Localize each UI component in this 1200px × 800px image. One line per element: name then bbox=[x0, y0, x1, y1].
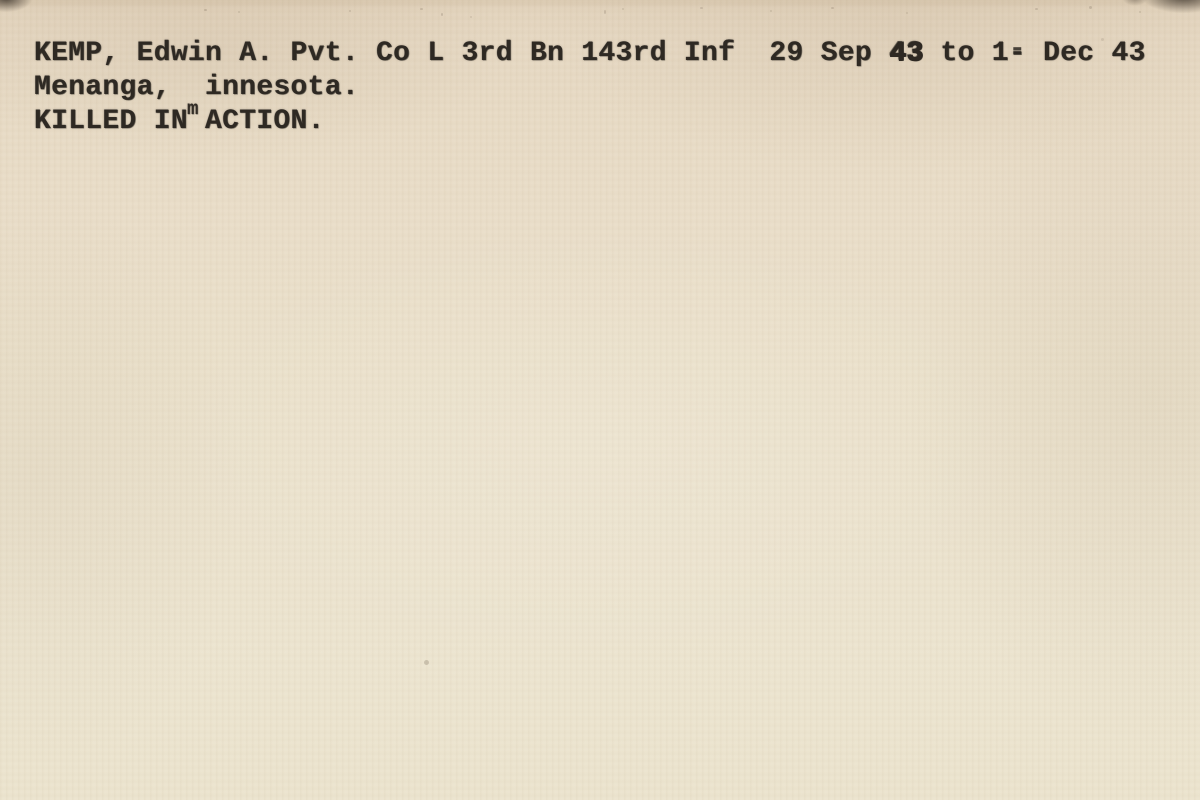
typed-text-block: KEMP, Edwin A. Pvt. Co L 3rd Bn 143rd In… bbox=[34, 37, 1146, 139]
paper-speck bbox=[420, 8, 423, 10]
paper-speck bbox=[1035, 8, 1038, 10]
double-struck-hyphen: - bbox=[1009, 38, 1026, 69]
line1-mid: to 1 bbox=[923, 38, 1009, 69]
paper-speck bbox=[238, 11, 240, 13]
paper-speck bbox=[604, 10, 606, 14]
paper-speck bbox=[831, 7, 834, 9]
card-line-3: KILLED IN ACTION. bbox=[34, 105, 1146, 139]
paper-speck bbox=[1089, 6, 1092, 9]
card-line-2: Menanga, innesota. bbox=[34, 71, 1146, 105]
corner-smudge-right bbox=[1142, 0, 1200, 13]
corner-smudge-right-small bbox=[1122, 0, 1148, 6]
paper-speck bbox=[349, 10, 351, 12]
corner-smudge-left bbox=[0, 0, 32, 12]
overstruck-date: 43 bbox=[889, 38, 923, 69]
paper-speck bbox=[424, 660, 429, 665]
paper-speck bbox=[470, 16, 472, 18]
paper-speck bbox=[622, 8, 624, 10]
inserted-letter-m: m bbox=[187, 98, 198, 120]
paper-speck bbox=[700, 7, 703, 9]
card-line-1: KEMP, Edwin A. Pvt. Co L 3rd Bn 143rd In… bbox=[34, 37, 1146, 71]
paper-speck bbox=[204, 9, 207, 11]
paper-speck bbox=[906, 12, 908, 14]
line1-post: Dec 43 bbox=[1026, 38, 1146, 69]
scanned-card: KEMP, Edwin A. Pvt. Co L 3rd Bn 143rd In… bbox=[0, 0, 1200, 800]
paper-speck bbox=[441, 13, 443, 16]
paper-speck bbox=[770, 10, 772, 12]
line1-pre: KEMP, Edwin A. Pvt. Co L 3rd Bn 143rd In… bbox=[34, 38, 889, 69]
paper-speck bbox=[1139, 11, 1141, 13]
